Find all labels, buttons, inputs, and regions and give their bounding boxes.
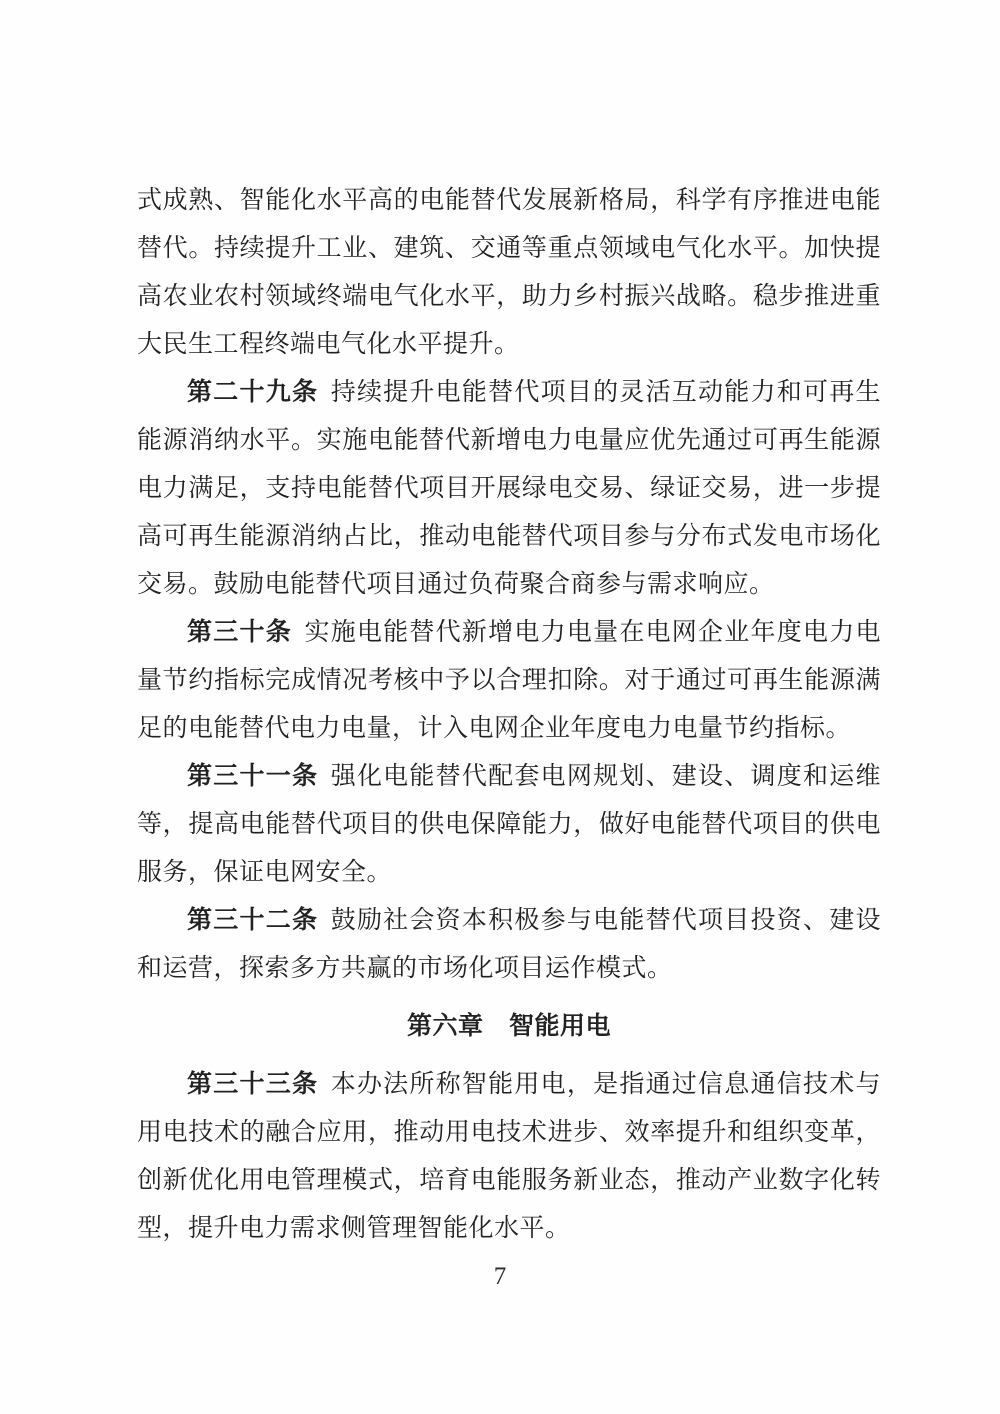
paragraph: 第三十一条强化电能替代配套电网规划、建设、调度和运维等，提高电能替代项目的供电保…	[137, 753, 881, 897]
article-number-label: 第二十九条	[187, 379, 318, 406]
paragraph: 第三十条实施电能替代新增电力电量在电网企业年度电力电量节约指标完成情况考核中予以…	[137, 609, 881, 753]
article-number-label: 第三十条	[187, 619, 292, 646]
article-number-label: 第三十三条	[187, 1071, 318, 1098]
article-number-label: 第三十二条	[187, 907, 318, 934]
paragraph: 第三十三条本办法所称智能用电，是指通过信息通信技术与用电技术的融合应用，推动用电…	[137, 1061, 881, 1253]
page-number: 7	[0, 1253, 1000, 1301]
paragraph: 式成熟、智能化水平高的电能替代发展新格局，科学有序推进电能替代。持续提升工业、建…	[137, 177, 881, 369]
paragraph-text: 持续提升电能替代项目的灵活互动能力和可再生能源消纳水平。实施电能替代新增电力电量…	[137, 379, 881, 598]
chapter-heading: 第六章 智能用电	[137, 1003, 881, 1051]
paragraph-text: 式成熟、智能化水平高的电能替代发展新格局，科学有序推进电能替代。持续提升工业、建…	[137, 187, 881, 358]
paragraph: 第三十二条鼓励社会资本积极参与电能替代项目投资、建设和运营，探索多方共赢的市场化…	[137, 897, 881, 993]
document-page: 式成熟、智能化水平高的电能替代发展新格局，科学有序推进电能替代。持续提升工业、建…	[0, 0, 1000, 1414]
paragraph: 第二十九条持续提升电能替代项目的灵活互动能力和可再生能源消纳水平。实施电能替代新…	[137, 369, 881, 609]
document-content: 式成熟、智能化水平高的电能替代发展新格局，科学有序推进电能替代。持续提升工业、建…	[137, 177, 881, 1253]
article-number-label: 第三十一条	[187, 763, 318, 790]
